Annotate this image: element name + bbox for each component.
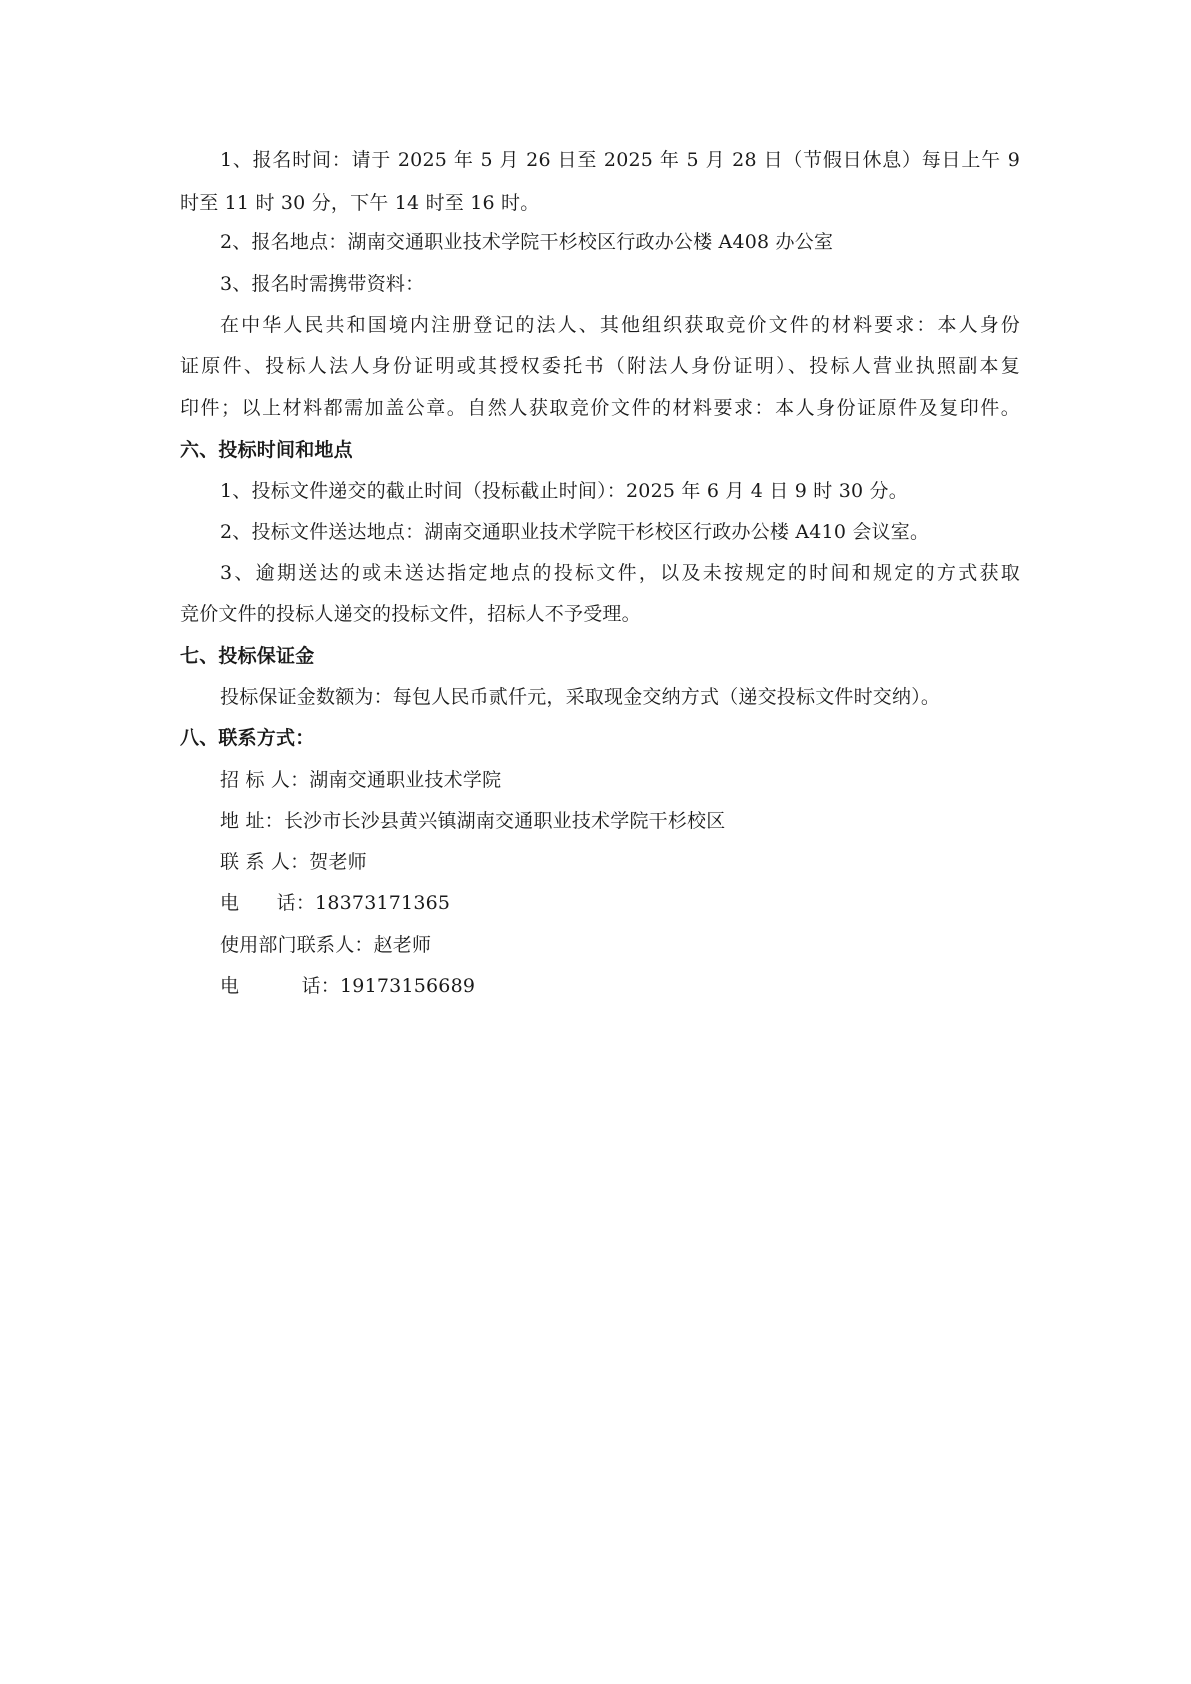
section6-heading: 六、投标时间和地点 [180, 438, 353, 462]
late-submission-line1: 3、逾期送达的或未送达指定地点的投标文件，以及未按规定的时间和规定的方式获取 [220, 561, 1020, 585]
address-line: 地 址：长沙市长沙县黄兴镇湖南交通职业技术学院干杉校区 [220, 809, 725, 833]
required-materials-label: 3、报名时需携带资料： [220, 272, 424, 296]
bid-deadline: 1、投标文件递交的截止时间（投标截止时间）：2025 年 6 月 4 日 9 时… [220, 479, 908, 503]
materials-paragraph-line3: 印件；以上材料都需加盖公章。自然人获取竞价文件的材料要求：本人身份证原件及复印件… [180, 396, 1020, 420]
registration-time-line1: 1、报名时间：请于 2025 年 5 月 26 日至 2025 年 5 月 28… [220, 148, 1020, 172]
materials-paragraph-line1: 在中华人民共和国境内注册登记的法人、其他组织获取竞价文件的材料要求：本人身份 [220, 313, 1020, 337]
contact-person-line: 联 系 人：贺老师 [220, 850, 367, 874]
phone1-line: 电 话：18373171365 [220, 891, 450, 915]
materials-paragraph-line2: 证原件、投标人法人身份证明或其授权委托书（附法人身份证明）、投标人营业执照副本复 [180, 354, 1020, 378]
dept-contact-line: 使用部门联系人：赵老师 [220, 933, 431, 957]
phone2-line: 电 话：19173156689 [220, 974, 475, 998]
tenderer-line: 招 标 人：湖南交通职业技术学院 [220, 768, 501, 792]
section8-heading: 八、联系方式： [180, 726, 314, 750]
late-submission-line2: 竞价文件的投标人递交的投标文件，招标人不予受理。 [180, 602, 641, 626]
section7-heading: 七、投标保证金 [180, 644, 314, 668]
bid-location: 2、投标文件送达地点：湖南交通职业技术学院干杉校区行政办公楼 A410 会议室。 [220, 520, 929, 544]
registration-location: 2、报名地点：湖南交通职业技术学院干杉校区行政办公楼 A408 办公室 [220, 230, 833, 254]
registration-time-line2: 时至 11 时 30 分，下午 14 时至 16 时。 [180, 191, 539, 215]
bid-bond-text: 投标保证金数额为：每包人民币贰仟元，采取现金交纳方式（递交投标文件时交纳）。 [220, 685, 940, 709]
